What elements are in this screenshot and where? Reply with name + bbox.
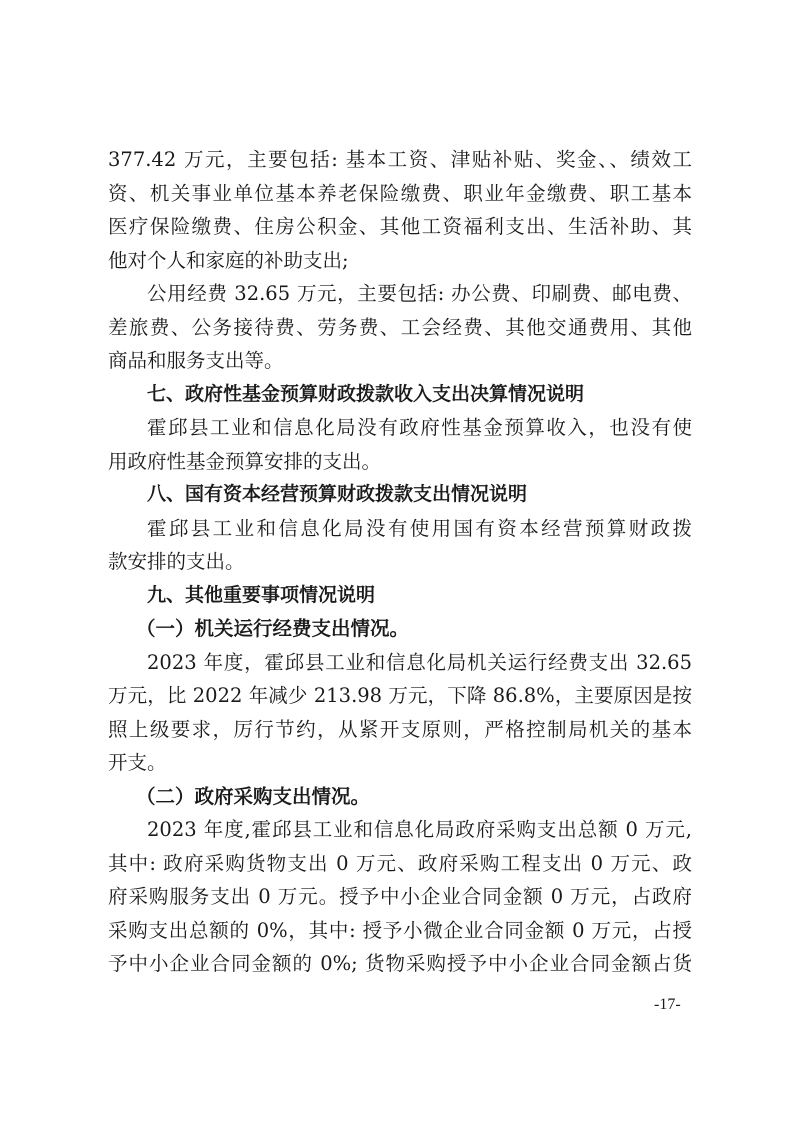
paragraph-line: 照上级要求，厉行节约，从紧开支原则，严格控制局机关的基本 — [108, 713, 692, 747]
paragraph-line: 府采购服务支出 0 万元。授予中小企业合同金额 0 万元，占政府 — [108, 880, 692, 914]
section-heading-7: 七、政府性基金预算财政拨款收入支出决算情况说明 — [108, 378, 692, 412]
paragraph-line: 商品和服务支出等。 — [108, 344, 692, 378]
paragraph-line: 开支。 — [108, 746, 692, 780]
paragraph-line: 霍邱县工业和信息化局没有使用国有资本经营预算财政拨 — [108, 512, 692, 546]
section-heading-9: 九、其他重要事项情况说明 — [108, 579, 692, 613]
paragraph-line: 资、机关事业单位基本养老保险缴费、职业年金缴费、职工基本 — [108, 177, 692, 211]
paragraph-line: 其中: 政府采购货物支出 0 万元、政府采购工程支出 0 万元、政 — [108, 847, 692, 881]
paragraph-line: 他对个人和家庭的补助支出; — [108, 244, 692, 278]
paragraph-line: 霍邱县工业和信息化局没有政府性基金预算收入，也没有使 — [108, 411, 692, 445]
paragraph-line: 377.42 万元，主要包括: 基本工资、津贴补贴、奖金、、绩效工 — [108, 143, 692, 177]
paragraph-line: 医疗保险缴费、住房公积金、其他工资福利支出、生活补助、其 — [108, 210, 692, 244]
paragraph-line: 公用经费 32.65 万元，主要包括: 办公费、印刷费、邮电费、 — [108, 277, 692, 311]
subsection-heading-1: （一）机关运行经费支出情况。 — [108, 612, 692, 646]
paragraph-line: 采购支出总额的 0%，其中: 授予小微企业合同金额 0 万元，占授 — [108, 914, 692, 948]
paragraph-line: 万元，比 2022 年减少 213.98 万元，下降 86.8%，主要原因是按 — [108, 679, 692, 713]
paragraph-line: 予中小企业合同金额的 0%; 货物采购授予中小企业合同金额占货 — [108, 947, 692, 981]
section-heading-8: 八、国有资本经营预算财政拨款支出情况说明 — [108, 478, 692, 512]
paragraph-line: 2023 年度，霍邱县工业和信息化局机关运行经费支出 32.65 — [108, 646, 692, 680]
paragraph-line: 用政府性基金预算安排的支出。 — [108, 445, 692, 479]
subsection-heading-2: （二）政府采购支出情况。 — [108, 780, 692, 814]
paragraph-line: 款安排的支出。 — [108, 545, 692, 579]
paragraph-line: 差旅费、公务接待费、劳务费、工会经费、其他交通费用、其他 — [108, 311, 692, 345]
paragraph-line: 2023 年度,霍邱县工业和信息化局政府采购支出总额 0 万元, — [108, 813, 692, 847]
document-page: 377.42 万元，主要包括: 基本工资、津贴补贴、奖金、、绩效工 资、机关事业… — [108, 143, 692, 981]
page-number: -17- — [654, 996, 681, 1014]
